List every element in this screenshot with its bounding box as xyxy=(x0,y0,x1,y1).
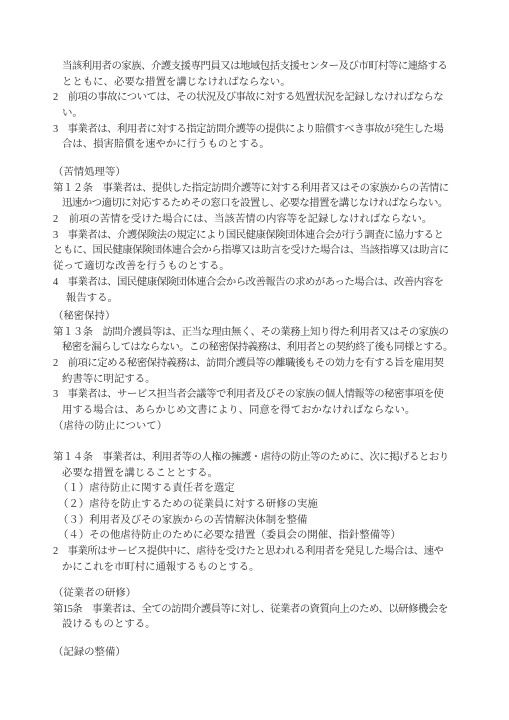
document-line: 2 前項の事故については、その状況及び事故に対する処置状況を記録しなければならな xyxy=(53,90,455,106)
document-page: 当該利用者の家族、介護支援専門員又は地域包括支援センター及び市町村等に連絡する … xyxy=(0,0,509,720)
section-complaint-handling: （苦情処理等） 第１２条 事業者は、提供した指定訪問介護等に対する利用者又はその… xyxy=(53,165,455,306)
document-line: い。 xyxy=(53,106,455,122)
document-line: 約書等に明記する。 xyxy=(53,372,455,388)
document-line: 必要な措置を講じることとする。 xyxy=(53,466,455,482)
document-line: 第１２条 事業者は、提供した指定訪問介護等に対する利用者又はその家族からの苦情に xyxy=(53,181,455,197)
section-heading: （秘密保持） xyxy=(53,309,455,325)
document-line: 3 事業者は、利用者に対する指定訪問介護等の提供により賠償すべき事故が発生した場 xyxy=(53,122,455,138)
document-line: 合は、損害賠償を速やかに行うものとする。 xyxy=(53,137,455,153)
document-line: 第１３条 訪問介護員等は、正当な理由無く、その業務上知り得た利用者又はその家族の xyxy=(53,325,455,341)
document-line: 3 事業者は、介護保険法の規定により国民健康保険団体連合会が行う調査に協力すると xyxy=(53,228,455,244)
document-line: 2 前項に定める秘密保持義務は、訪問介護員等の離職後もその効力を有する旨を雇用契 xyxy=(53,356,455,372)
document-line: 従って適切な改善を行うものとする。 xyxy=(53,259,455,275)
document-line: とともに、必要な措置を講じなければならない。 xyxy=(53,75,455,91)
list-item: （３）利用者及びその家族からの苦情解決体制を整備 xyxy=(53,513,455,529)
section-heading: （記録の整備） xyxy=(53,645,455,661)
document-line: 迅速かつ適切に対応するためその窓口を設置し、必要な措置を講じなければならない。 xyxy=(53,196,455,212)
section-staff-training: （従業者の研修） 第15条 事業者は、全ての訪問介護員等に対し、従業者の資質向上… xyxy=(53,586,455,633)
list-item: （１）虐待防止に関する責任者を選定 xyxy=(53,481,455,497)
section-heading: （苦情処理等） xyxy=(53,165,455,181)
document-line: 第１４条 事業者は、利用者等の人権の擁護・虐待の防止等のために、次に掲げるとおり xyxy=(53,450,455,466)
document-line: 当該利用者の家族、介護支援専門員又は地域包括支援センター及び市町村等に連絡する xyxy=(53,59,455,75)
section-record-keeping: （記録の整備） xyxy=(53,645,455,661)
document-line: 設けるものとする。 xyxy=(53,617,455,633)
section-preceding-article-continuation: 当該利用者の家族、介護支援専門員又は地域包括支援センター及び市町村等に連絡する … xyxy=(53,59,455,153)
document-line: 第15条 事業者は、全ての訪問介護員等に対し、従業者の資質向上のため、以研修機会… xyxy=(53,602,455,618)
document-line: 2 前項の苦情を受けた場合には、当該苦情の内容等を記録しなければならない。 xyxy=(53,212,455,228)
document-line: 2 事業所はサービス提供中に、虐待を受けたと思われる利用者を発見した場合は、速や xyxy=(53,544,455,560)
document-line: 4 事業者は、国民健康保険団体連合会から改善報告の求めがあった場合は、改善内容を xyxy=(53,275,455,291)
document-line: 秘密を漏らしてはならない。この秘密保持義務は、利用者との契約終了後も同様とする。 xyxy=(53,340,455,356)
list-item: （４）その他虐待防止のために必要な措置（委員会の開催、指針整備等） xyxy=(53,528,455,544)
section-abuse-prevention: 第１４条 事業者は、利用者等の人権の擁護・虐待の防止等のために、次に掲げるとおり… xyxy=(53,450,455,576)
document-line: かにこれを市町村に通報するものとする。 xyxy=(53,560,455,576)
section-heading: （虐待の防止について） xyxy=(53,419,455,435)
section-heading: （従業者の研修） xyxy=(53,586,455,602)
document-line: 用する場合は、あらかじめ文書により、同意を得ておかなければならない。 xyxy=(53,403,455,419)
list-item: （２）虐待を防止するための従業員に対する研修の実施 xyxy=(53,497,455,513)
section-confidentiality: （秘密保持） 第１３条 訪問介護員等は、正当な理由無く、その業務上知り得た利用者… xyxy=(53,309,455,435)
document-line: ともに、国民健康保険団体連合会から指導又は助言を受けた場合は、当該指導又は助言に xyxy=(53,243,455,259)
document-line: 3 事業者は、サービス担当者会議等で利用者及びその家族の個人情報等の秘密事項を使 xyxy=(53,387,455,403)
document-line: 報告する。 xyxy=(53,291,455,307)
